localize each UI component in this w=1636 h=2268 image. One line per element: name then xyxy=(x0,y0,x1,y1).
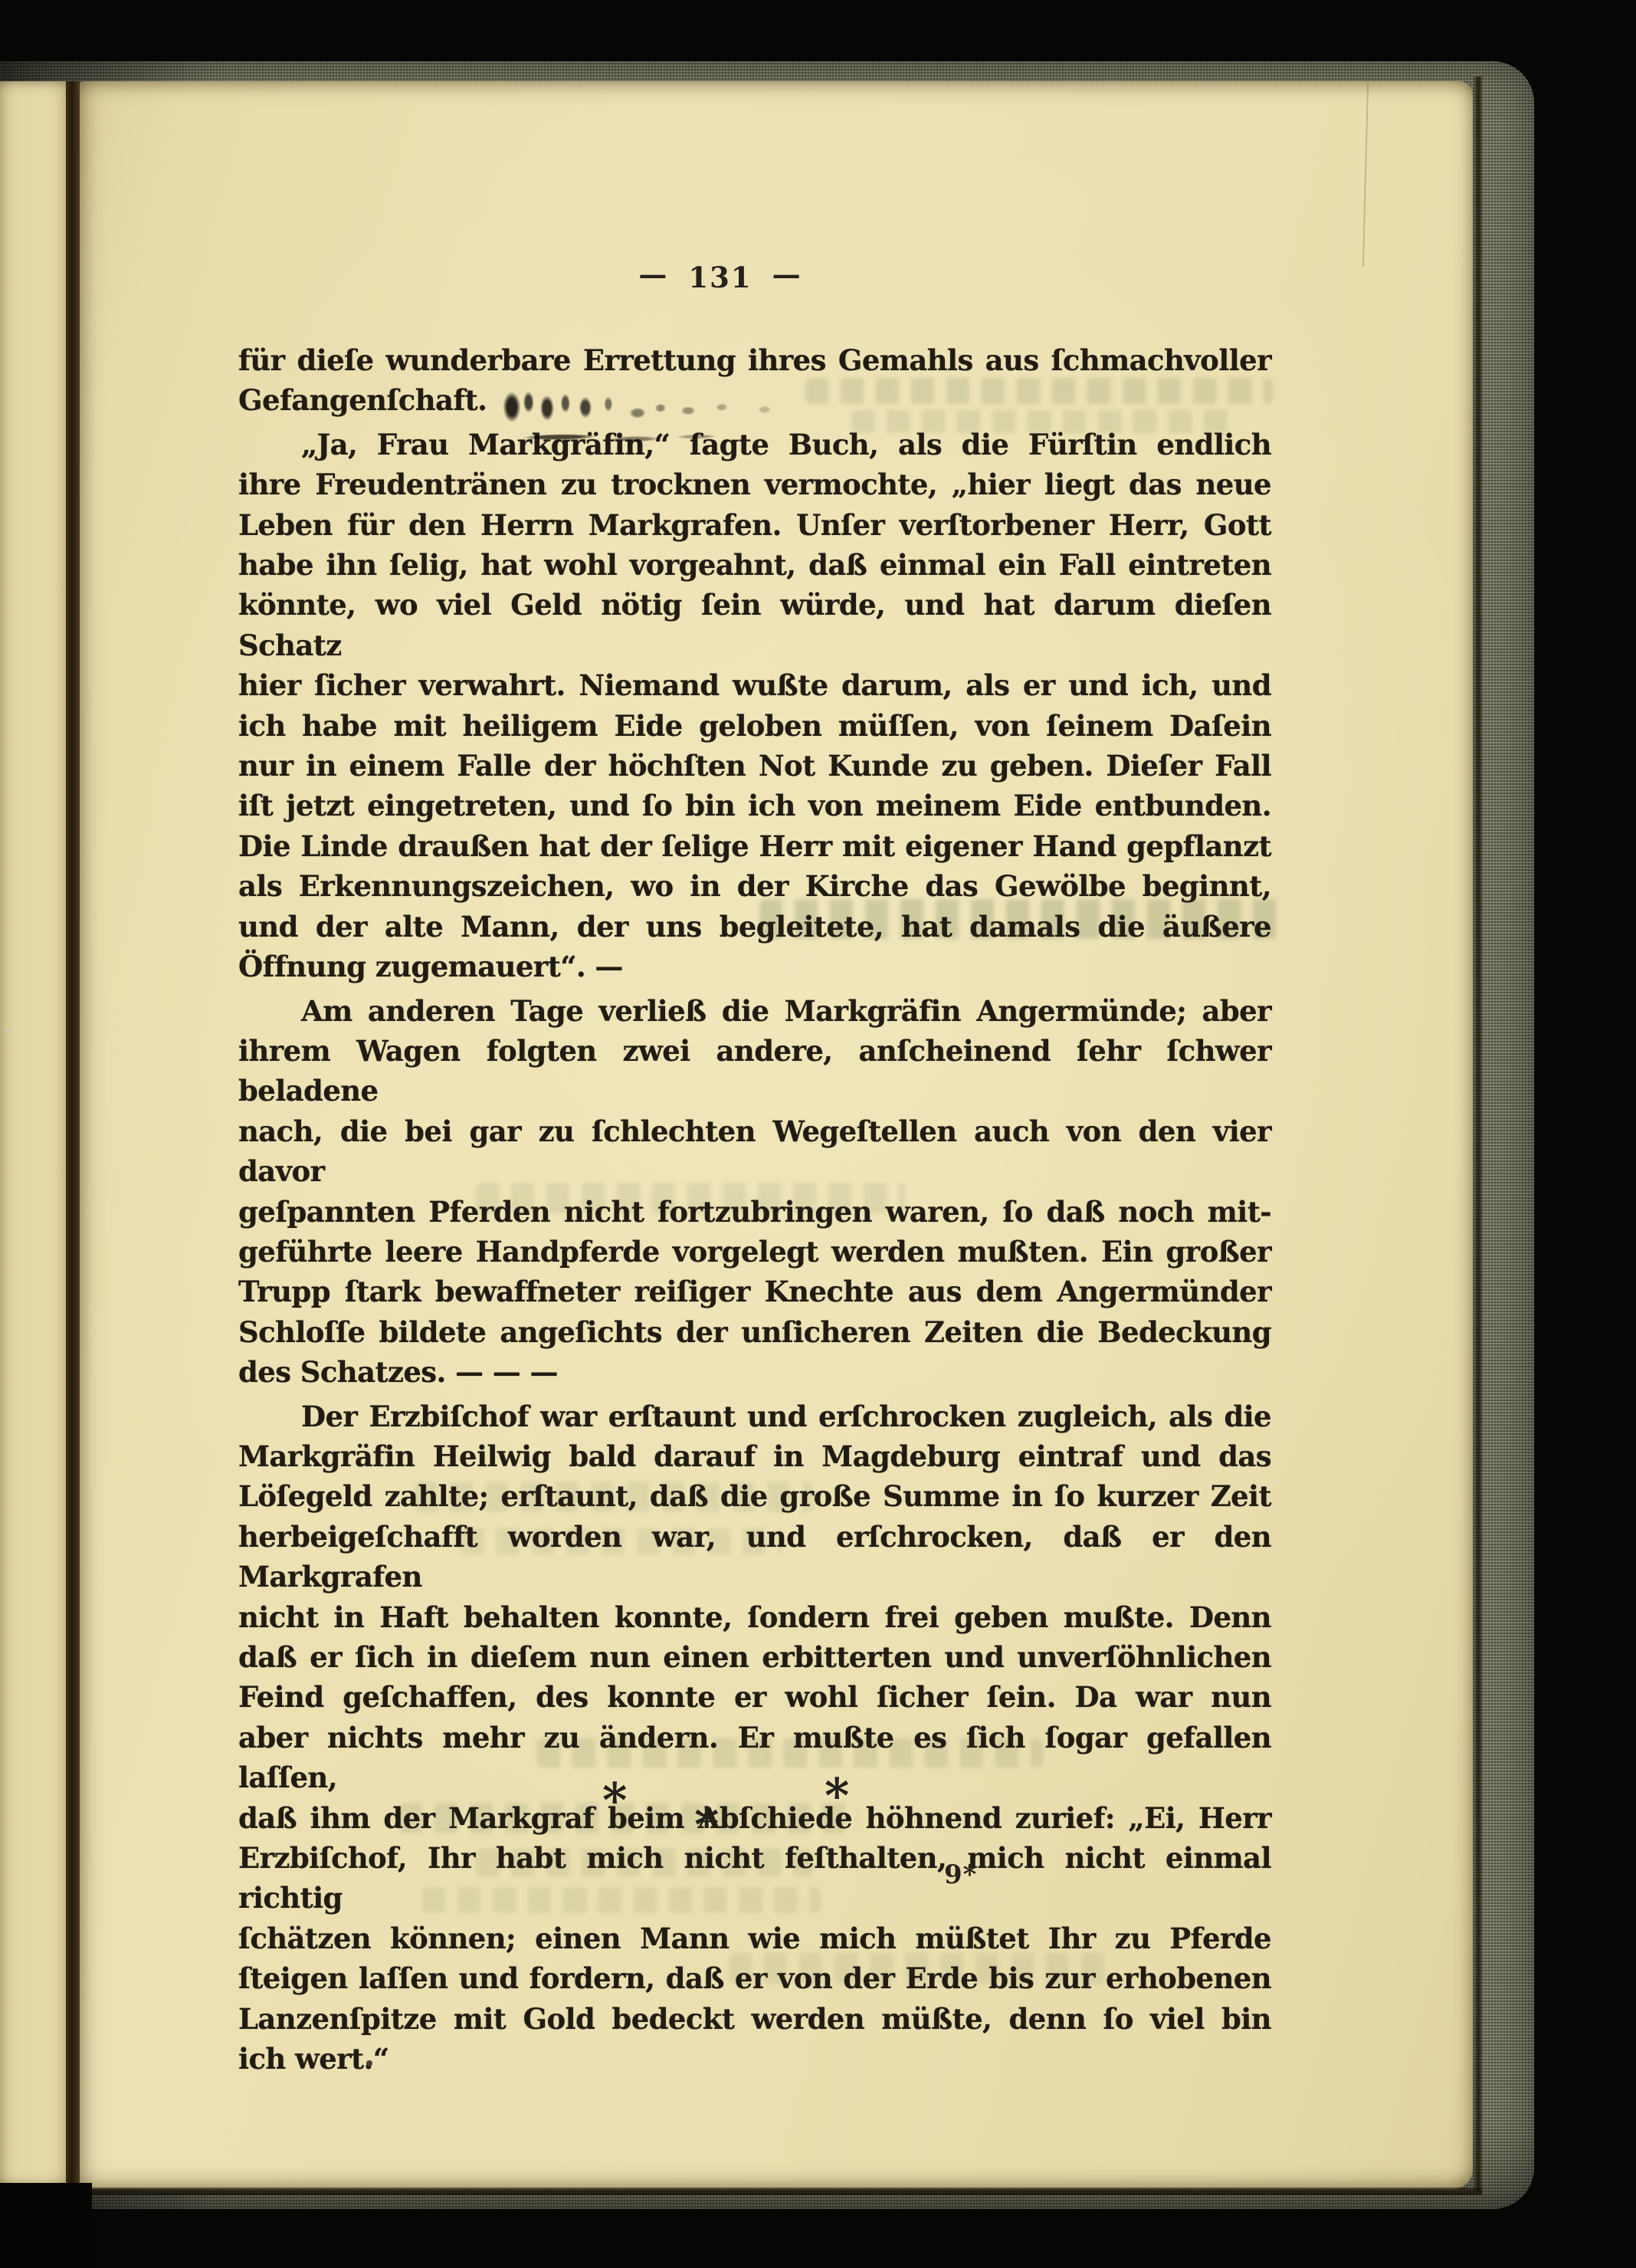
text-line: habe ihn ſelig, hat wohl vorgeahnt, daß … xyxy=(238,545,1271,585)
previous-page-edge xyxy=(0,81,66,2189)
text-line: Öffnung zugemauert“. — xyxy=(238,947,1271,986)
background-corner xyxy=(0,2183,92,2268)
separator-asterisk: * xyxy=(825,1772,849,1820)
text-line: Leben für den Herrn Markgrafen. Unſer ve… xyxy=(238,505,1271,545)
text-line: nach, die bei gar zu ſchlechten Wegeſtel… xyxy=(238,1111,1271,1192)
text-line: aber nichts mehr zu ändern. Er mußte es … xyxy=(238,1718,1271,1798)
gutter-shadow xyxy=(66,81,80,2189)
header-left-dash: — xyxy=(638,258,668,291)
text-line: Die Linde draußen hat der ſelige Herr mi… xyxy=(238,826,1271,866)
text-line: Löſegeld zahlte; erſtaunt, daß die große… xyxy=(238,1476,1271,1516)
book-scan-scene: —131— für dieſe wunderbare Errettung ihr… xyxy=(0,0,1636,2268)
text-line: daß er ſich in dieſem nun einen erbitter… xyxy=(238,1637,1271,1677)
text-line: nicht in Haft behalten konnte, ſondern f… xyxy=(238,1597,1271,1637)
paper-crease xyxy=(1362,83,1369,267)
text-line: als Erkennungszeichen, wo in der Kirche … xyxy=(238,866,1271,906)
header-right-dash: — xyxy=(772,258,802,291)
ink-smudge xyxy=(494,370,863,452)
paragraph: „Ja, Frau Markgräfin,“ ſagte Buch, als d… xyxy=(238,425,1271,987)
paragraph: Der Erzbiſchof war erſtaunt und erſchroc… xyxy=(238,1397,1271,2079)
text-line: hier ſicher verwahrt. Niemand wußte daru… xyxy=(238,665,1271,705)
separator-asterisk: * xyxy=(694,1801,719,1849)
text-line: geführte leere Handpferde vorgelegt werd… xyxy=(238,1232,1271,1272)
text-line: Feind geſchaffen, des konnte er wohl ſic… xyxy=(238,1677,1271,1717)
page-header: —131— xyxy=(204,261,1237,294)
text-line: herbeigeſchafft worden war, und erſchroc… xyxy=(238,1517,1271,1597)
text-body: für dieſe wunderbare Errettung ihres Gem… xyxy=(238,340,1271,2079)
text-line: geſpannten Pferden nicht fortzubringen w… xyxy=(238,1192,1271,1232)
text-line: Schloſſe bildete angeſichts der unſicher… xyxy=(238,1312,1271,1352)
text-line: iſt jetzt eingetreten, und ſo bin ich vo… xyxy=(238,786,1271,825)
text-line: Trupp ſtark bewaffneter reiſiger Knechte… xyxy=(238,1272,1271,1311)
text-line: ihrem Wagen folgten zwei andere, anſchei… xyxy=(238,1031,1271,1111)
text-line: daß ihm der Markgraf beim Abſchiede höhn… xyxy=(238,1798,1271,1838)
dust-speck xyxy=(6,1029,11,1034)
page-number: 131 xyxy=(688,261,752,294)
text-line: und der alte Mann, der uns begleitete, h… xyxy=(238,907,1271,947)
signature-mark: 9* xyxy=(944,1859,977,1890)
text-line: Markgräfin Heilwig bald darauf in Magdeb… xyxy=(238,1436,1271,1476)
text-line: Am anderen Tage verließ die Markgräfin A… xyxy=(238,991,1271,1031)
text-line: könnte, wo viel Geld nötig ſein würde, u… xyxy=(238,585,1271,665)
text-line: Der Erzbiſchof war erſtaunt und erſchroc… xyxy=(238,1397,1271,1436)
page-edge-shadow-bottom xyxy=(80,2188,1482,2195)
text-line: Erzbiſchof, Ihr habt mich nicht feſthalt… xyxy=(238,1838,1271,1918)
book-page: —131— für dieſe wunderbare Errettung ihr… xyxy=(80,81,1473,2189)
text-line: Lanzenſpitze mit Gold bedeckt werden müß… xyxy=(238,1999,1271,2039)
text-line: ihre Freudentränen zu trocknen vermochte… xyxy=(238,464,1271,504)
text-line: ſchätzen können; einen Mann wie mich müß… xyxy=(238,1918,1271,1958)
text-line: des Schatzes. — — — xyxy=(238,1352,1271,1392)
text-line: nur in einem Falle der höchſten Not Kund… xyxy=(238,746,1271,786)
page-edge-shadow-right xyxy=(1473,77,1482,2192)
paragraph: Am anderen Tage verließ die Markgräfin A… xyxy=(238,991,1271,1393)
text-line: ich habe mit heiligem Eide geloben müſſe… xyxy=(238,706,1271,746)
text-line: ich wert.“ xyxy=(238,2039,1271,2079)
separator-asterisk: * xyxy=(602,1777,627,1824)
text-line: ſteigen laſſen und fordern, daß er von d… xyxy=(238,1958,1271,1998)
paper-fleck xyxy=(366,2060,372,2066)
